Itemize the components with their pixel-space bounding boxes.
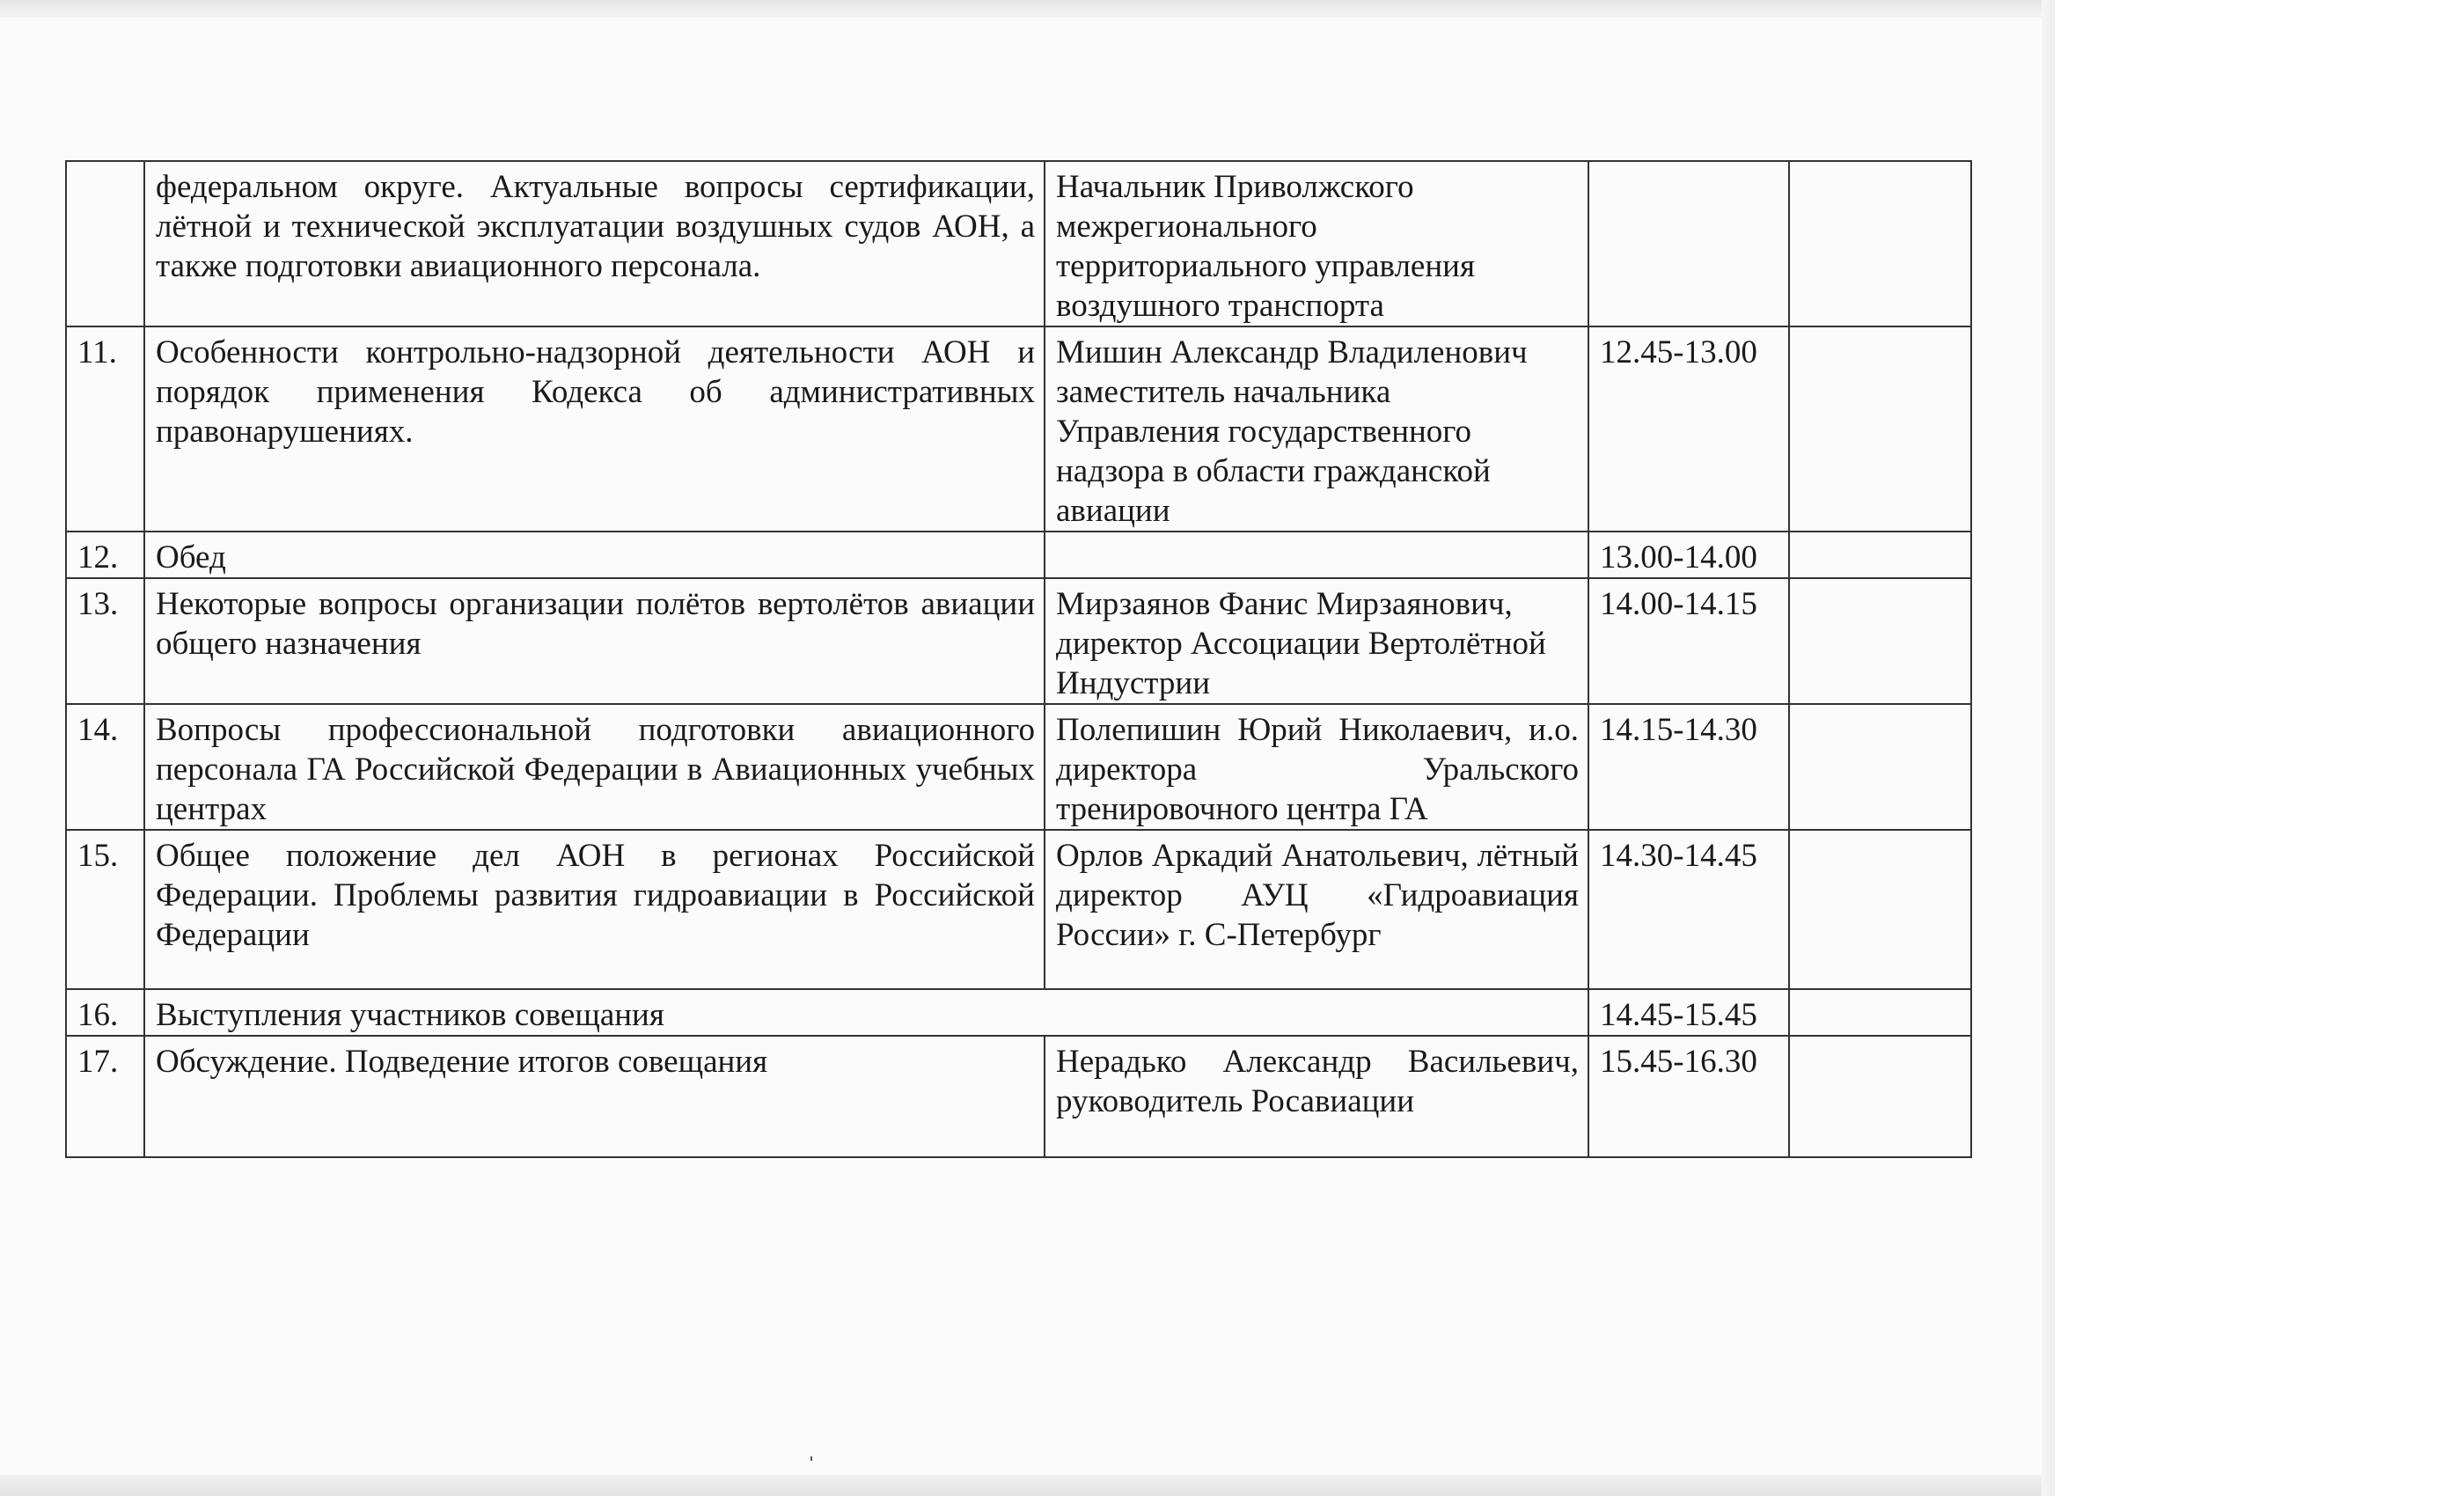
speaker-line: Начальник Приволжского bbox=[1056, 167, 1579, 207]
row-time: 14.15-14.30 bbox=[1588, 704, 1789, 830]
row-topic: Общее положение дел АОН в регионах Росси… bbox=[144, 830, 1045, 989]
row-number: 14. bbox=[66, 704, 144, 830]
speaker-line: межрегионального bbox=[1056, 207, 1579, 246]
row-speaker: Мирзаянов Фанис Мирзаянович, директор Ас… bbox=[1045, 578, 1588, 704]
row-time: 14.30-14.45 bbox=[1588, 830, 1789, 989]
scan-bottom-margin bbox=[0, 1475, 2055, 1496]
row-number: 11. bbox=[66, 326, 144, 532]
row-topic: Вопросы профессиональной подготовки авиа… bbox=[144, 704, 1045, 830]
row-speaker: Полепишин Юрий Николаевич, и.о. директор… bbox=[1045, 704, 1588, 830]
row-number: 13. bbox=[66, 578, 144, 704]
row-speaker: Начальник Приволжского межрегионального … bbox=[1045, 161, 1588, 326]
row-speaker: Нерадько Александр Васильевич, руководит… bbox=[1045, 1036, 1588, 1157]
table-row: 14. Вопросы профессиональной подготовки … bbox=[66, 704, 1971, 830]
speaker-line: авиации bbox=[1056, 491, 1579, 531]
speaker-line: Управления государственного bbox=[1056, 412, 1579, 451]
speaker-line: воздушного транспорта bbox=[1056, 286, 1579, 326]
row-speaker bbox=[1045, 532, 1588, 578]
row-topic: Выступления участников совещания bbox=[144, 989, 1588, 1036]
row-notes bbox=[1789, 578, 1971, 704]
table-row: 13. Некоторые вопросы организации полёто… bbox=[66, 578, 1971, 704]
row-topic: Особенности контрольно-надзорной деятель… bbox=[144, 326, 1045, 532]
row-number: 16. bbox=[66, 989, 144, 1036]
agenda-table: федеральном округе. Актуальные вопросы с… bbox=[65, 160, 1972, 1158]
speaker-line: Мишин Александр Владиленович bbox=[1056, 333, 1579, 372]
table-row: 17. Обсуждение. Подведение итогов совеща… bbox=[66, 1036, 1971, 1157]
row-topic: федеральном округе. Актуальные вопросы с… bbox=[144, 161, 1045, 326]
scan-top-margin bbox=[0, 0, 2055, 18]
row-time: 13.00-14.00 bbox=[1588, 532, 1789, 578]
speaker-line: надзора в области гражданской bbox=[1056, 451, 1579, 491]
row-notes bbox=[1789, 161, 1971, 326]
row-number: 17. bbox=[66, 1036, 144, 1157]
table-row: 11. Особенности контрольно-надзорной дея… bbox=[66, 326, 1971, 532]
table-row: 12. Обед 13.00-14.00 bbox=[66, 532, 1971, 578]
row-notes bbox=[1789, 532, 1971, 578]
row-number bbox=[66, 161, 144, 326]
row-number: 12. bbox=[66, 532, 144, 578]
row-speaker: Мишин Александр Владиленович заместитель… bbox=[1045, 326, 1588, 532]
row-notes bbox=[1789, 1036, 1971, 1157]
row-notes bbox=[1789, 704, 1971, 830]
row-speaker: Орлов Аркадий Анатольевич, лётный директ… bbox=[1045, 830, 1588, 989]
scan-right-edge bbox=[2042, 0, 2055, 1496]
row-number: 15. bbox=[66, 830, 144, 989]
row-time: 12.45-13.00 bbox=[1588, 326, 1789, 532]
row-notes bbox=[1789, 326, 1971, 532]
row-topic: Обсуждение. Подведение итогов совещания bbox=[144, 1036, 1045, 1157]
table-row: 16. Выступления участников совещания 14.… bbox=[66, 989, 1971, 1036]
row-notes bbox=[1789, 830, 1971, 989]
row-topic: Обед bbox=[144, 532, 1045, 578]
scan-speck bbox=[810, 1456, 812, 1461]
row-topic: Некоторые вопросы организации полётов ве… bbox=[144, 578, 1045, 704]
row-time: 14.45-15.45 bbox=[1588, 989, 1789, 1036]
row-notes bbox=[1789, 989, 1971, 1036]
row-time: 15.45-16.30 bbox=[1588, 1036, 1789, 1157]
row-time: 14.00-14.15 bbox=[1588, 578, 1789, 704]
speaker-line: заместитель начальника bbox=[1056, 372, 1579, 412]
row-time bbox=[1588, 161, 1789, 326]
speaker-line: территориального управления bbox=[1056, 246, 1579, 286]
table-row: 15. Общее положение дел АОН в регионах Р… bbox=[66, 830, 1971, 989]
table-row: федеральном округе. Актуальные вопросы с… bbox=[66, 161, 1971, 326]
